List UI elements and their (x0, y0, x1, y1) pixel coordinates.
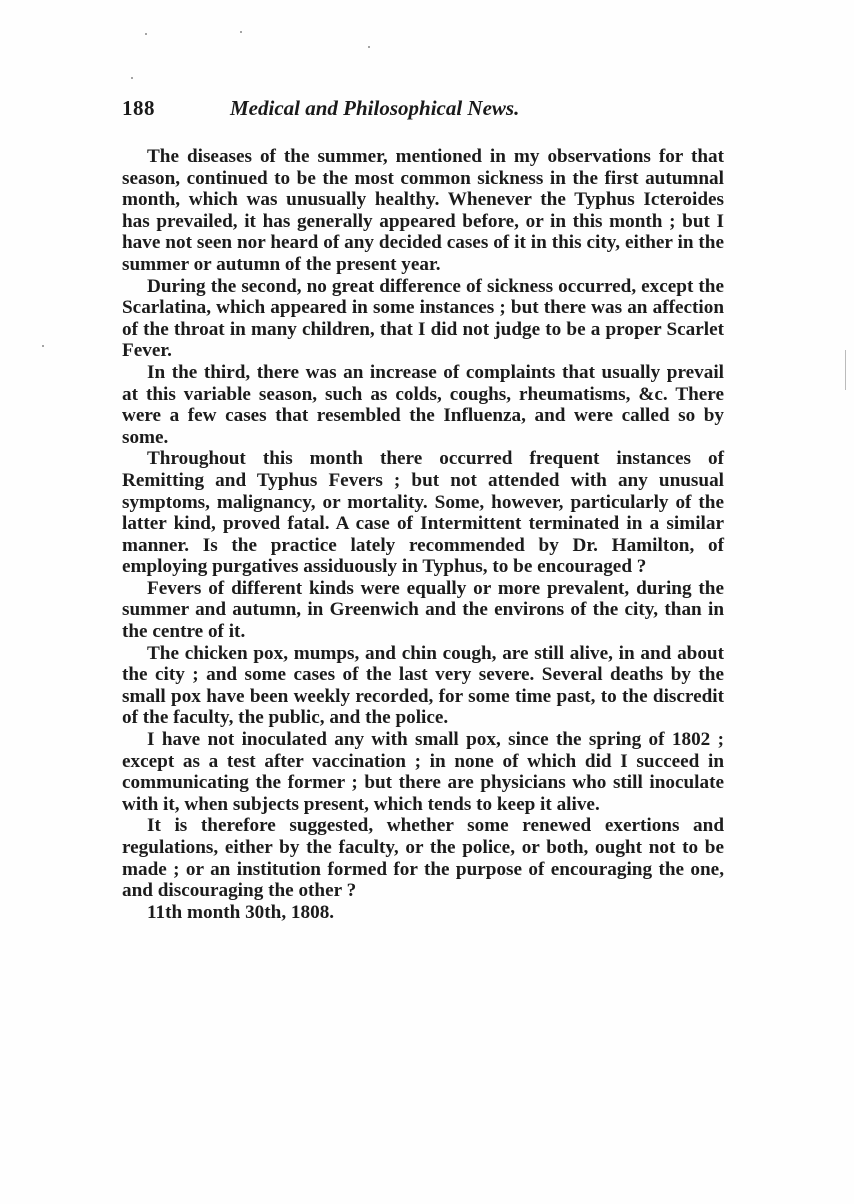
running-title: Medical and Philosophical News. (230, 96, 519, 121)
paragraph-greenwich: Fevers of different kinds were equally o… (122, 578, 724, 643)
scan-speck (42, 345, 44, 347)
paragraph-second-month: During the second, no great difference o… (122, 276, 724, 362)
page-number: 188 (122, 96, 155, 121)
scan-speck (240, 31, 242, 33)
scan-speck (131, 77, 133, 79)
paragraph-inoculation: I have not inoculated any with small pox… (122, 729, 724, 815)
scan-speck (145, 33, 147, 35)
article-body: The diseases of the summer, mentioned in… (122, 146, 724, 923)
paragraph-suggestion: It is therefore suggested, whether some … (122, 815, 724, 901)
dateline: 11th month 30th, 1808. (122, 902, 724, 924)
document-page: 188 Medical and Philosophical News. The … (0, 0, 854, 1204)
scan-edge-mark (845, 350, 846, 390)
paragraph-fevers: Throughout this month there occurred fre… (122, 448, 724, 578)
paragraph-summer-diseases: The diseases of the summer, mentioned in… (122, 146, 724, 276)
scan-speck (368, 46, 370, 48)
page-header: 188 Medical and Philosophical News. (122, 96, 722, 126)
paragraph-third-month: In the third, there was an increase of c… (122, 362, 724, 448)
paragraph-chicken-pox: The chicken pox, mumps, and chin cough, … (122, 643, 724, 729)
